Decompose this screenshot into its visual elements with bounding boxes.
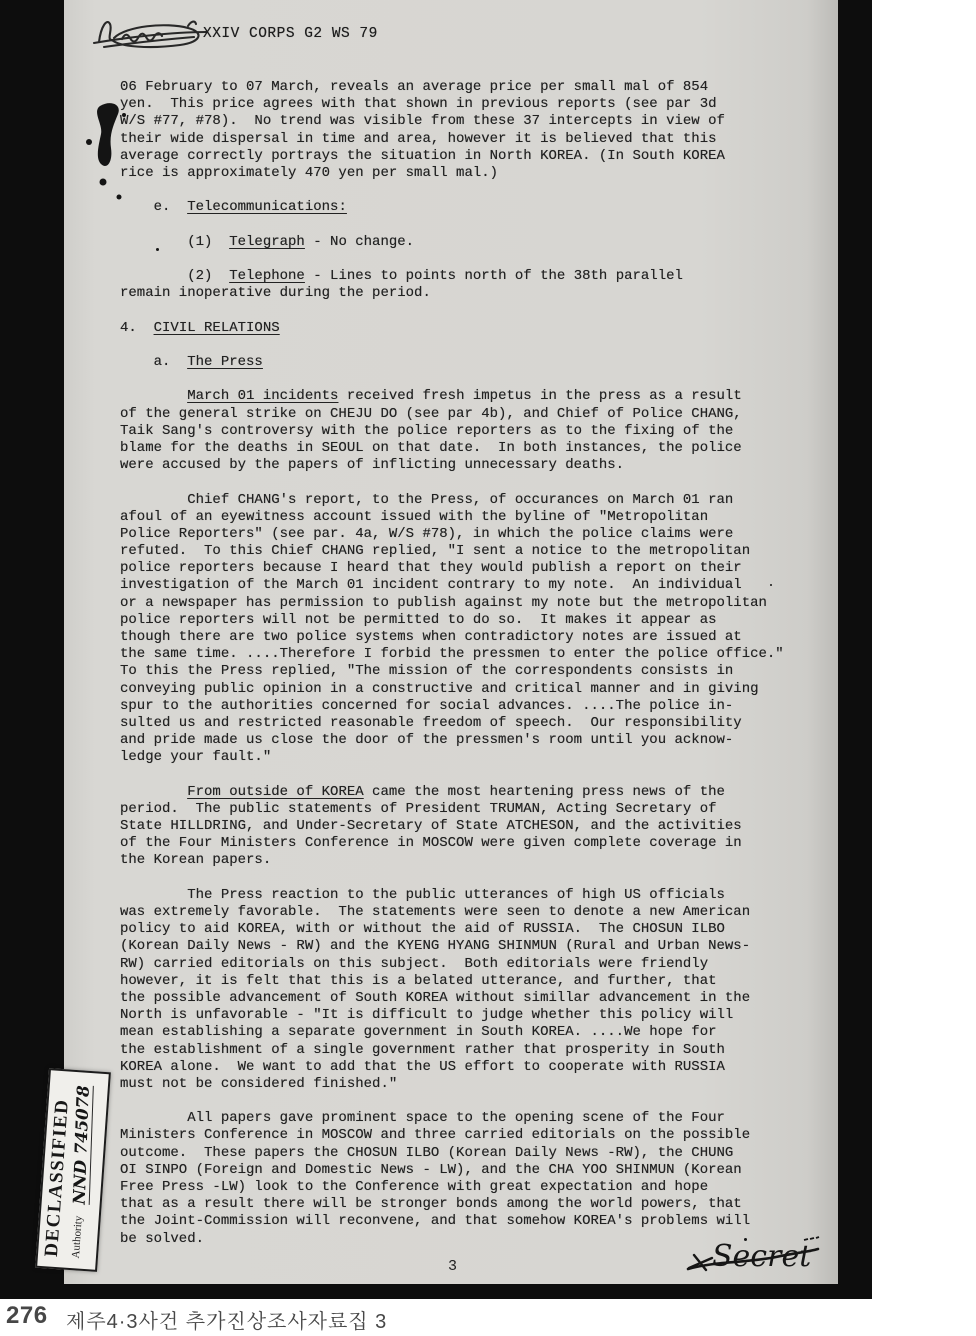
text-line: [120, 870, 820, 887]
text-line: mean establishing a separate government …: [120, 1024, 820, 1041]
crossed-out-secret-scribble-icon: [92, 12, 210, 54]
text-line: KOREA alone. We want to add that the US …: [120, 1059, 820, 1076]
text-line: of the general strike on CHEJU DO (see p…: [120, 406, 820, 423]
paper-speck: [770, 584, 772, 586]
text-line: police reporters will not be permitted t…: [120, 612, 820, 629]
text-line: Taik Sang's controversy with the police …: [120, 423, 820, 440]
paper-speck: [156, 248, 159, 251]
text-line: investigation of the March 01 incident c…: [120, 577, 820, 594]
text-line: Police Reporters" (see par. 4a, W/S #78)…: [120, 526, 820, 543]
text-line: [120, 767, 820, 784]
text-line: remain inoperative during the period.: [120, 285, 820, 302]
text-line: RW) carried editorials on this subject. …: [120, 956, 820, 973]
text-line: (1) Telegraph - No change.: [120, 234, 820, 251]
text-line: outcome. These papers the CHOSUN ILBO (K…: [120, 1145, 820, 1162]
text-line: must not be considered finished.": [120, 1076, 820, 1093]
text-line: [120, 182, 820, 199]
text-line: the possible advancement of South KOREA …: [120, 990, 820, 1007]
page-number: 3: [448, 1258, 457, 1275]
text-line: From outside of KOREA came the most hear…: [120, 784, 820, 801]
text-line: of the Four Ministers Conference in MOSC…: [120, 835, 820, 852]
text-line: their wide dispersal in time and area, h…: [120, 131, 820, 148]
text-line: (Korean Daily News - RW) and the KYENG H…: [120, 938, 820, 955]
book-page-number: 276: [6, 1302, 48, 1330]
text-line: Free Press -LW) look to the Conference w…: [120, 1179, 820, 1196]
text-line: that as a result there will be stronger …: [120, 1196, 820, 1213]
text-line: March 01 incidents received fresh impetu…: [120, 388, 820, 405]
text-line: [120, 371, 820, 388]
text-line: (2) Telephone - Lines to points north of…: [120, 268, 820, 285]
text-line: afoul of an eyewitness account issued wi…: [120, 509, 820, 526]
secret-handwriting-text: Secret: [712, 1239, 812, 1274]
book-caption: 제주4·3사건 추가진상조사자료집 3: [66, 1305, 387, 1334]
text-line: W/S #77, #78). No trend was visible from…: [120, 113, 820, 130]
text-line: ledge your fault.": [120, 749, 820, 766]
text-line: [120, 251, 820, 268]
text-line: policy to aid KOREA, with or without the…: [120, 921, 820, 938]
text-line: spur to the authorities concerned for so…: [120, 698, 820, 715]
text-line: rice is approximately 470 yen per small …: [120, 165, 820, 182]
text-line: Ministers Conference in MOSCOW and three…: [120, 1127, 820, 1144]
scanned-document-screenshot: { "colors": { "page_bg": "#d7d6d2", "sca…: [0, 0, 976, 1336]
text-line: was extremely favorable. The statements …: [120, 904, 820, 921]
text-line: Chief CHANG's report, to the Press, of o…: [120, 492, 820, 509]
text-line: conveying public opinion in a constructi…: [120, 681, 820, 698]
text-line: North is unfavorable - "It is difficult …: [120, 1007, 820, 1024]
text-line: the Korean papers.: [120, 852, 820, 869]
text-line: period. The public statements of Preside…: [120, 801, 820, 818]
text-line: e. Telecommunications:: [120, 199, 820, 216]
text-line: a. The Press: [120, 354, 820, 371]
text-line: [120, 474, 820, 491]
text-line: [120, 217, 820, 234]
text-line: and pride made us close the door of the …: [120, 732, 820, 749]
text-line: blame for the deaths in SEOUL on that da…: [120, 440, 820, 457]
text-line: or a newspaper has permission to publish…: [120, 595, 820, 612]
text-line: however, it is felt that this is a belat…: [120, 973, 820, 990]
text-line: [120, 1093, 820, 1110]
authority-label: Authority: [70, 1215, 85, 1259]
text-line: refuted. To this Chief CHANG replied, "I…: [120, 543, 820, 560]
text-line: were accused by the papers of inflicting…: [120, 457, 820, 474]
paper-speck: [744, 1238, 747, 1241]
book-footer: 276 제주4·3사건 추가진상조사자료집 3: [6, 1302, 966, 1334]
text-line: average correctly portrays the situation…: [120, 148, 820, 165]
text-line: To this the Press replied, "The mission …: [120, 663, 820, 680]
text-line: sulted us and restricted reasonable free…: [120, 715, 820, 732]
document-page: XXIV CORPS G2 WS 79 06 February to 07 Ma…: [64, 0, 838, 1284]
text-line: the same time. ....Therefore I forbid th…: [120, 646, 820, 663]
text-line: 4. CIVIL RELATIONS: [120, 320, 820, 337]
document-header-title: XXIV CORPS G2 WS 79: [203, 26, 378, 42]
text-line: [120, 337, 820, 354]
text-line: The Press reaction to the public utteran…: [120, 887, 820, 904]
document-body: 06 February to 07 March, reveals an aver…: [120, 79, 820, 1248]
text-line: yen. This price agrees with that shown i…: [120, 96, 820, 113]
text-line: the establishment of a single government…: [120, 1042, 820, 1059]
text-line: though there are two police systems when…: [120, 629, 820, 646]
text-line: police reporters because I heard that th…: [120, 560, 820, 577]
text-line: [120, 302, 820, 319]
text-line: OI SINPO (Foreign and Domestic News - LW…: [120, 1162, 820, 1179]
authority-number: NND 745078: [70, 1085, 94, 1205]
text-line: State HILLDRING, and Under-Secretary of …: [120, 818, 820, 835]
text-line: 06 February to 07 March, reveals an aver…: [120, 79, 820, 96]
text-line: All papers gave prominent space to the o…: [120, 1110, 820, 1127]
crossed-out-secret-handwriting: Secret: [686, 1228, 822, 1286]
